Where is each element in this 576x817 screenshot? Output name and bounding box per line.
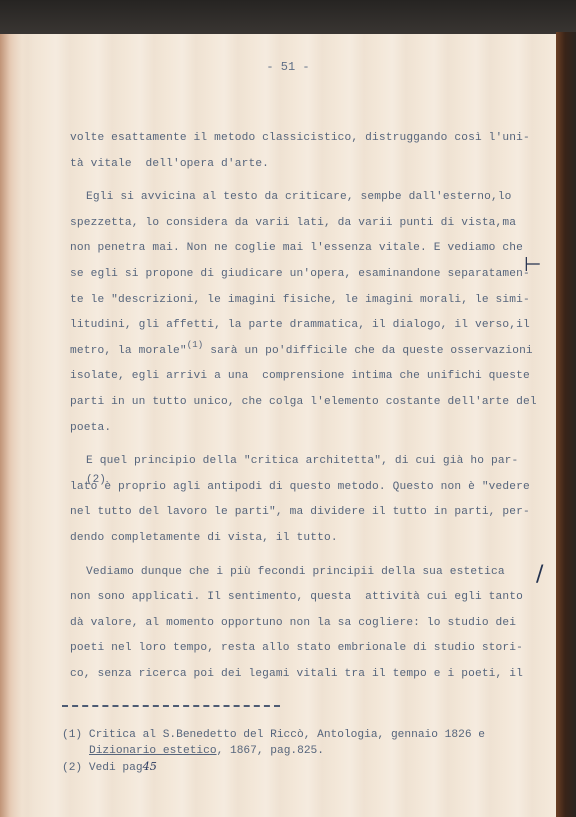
footnotes: (1) Critica al S.Benedetto del Riccò, An… [62,727,522,775]
margin-mark-icon: / [536,562,543,587]
text-line: Egli si avvicina al testo da criticare, … [70,185,530,211]
text-line: parti in un tutto unico, che colga l'ele… [70,390,530,416]
footnote-1: (1) Critica al S.Benedetto del Riccò, An… [62,727,522,743]
footnote-title: Dizionario estetico [89,745,217,757]
text-segment: sarà un po'difficile che da queste osser… [203,345,532,357]
page-number: - 51 - [0,60,576,74]
text-line: non penetra mai. Non ne coglie mai l'ess… [70,236,530,262]
text-line: volte esattamente il metodo classicistic… [70,126,530,152]
footnote-text: , 1867, pag.825. [217,745,324,757]
text-line: lato è proprio agli antipodi di questo m… [70,475,530,501]
footnote-text: (2) Vedi pag [62,762,143,774]
text-line: non sono applicati. Il sentimento, quest… [70,585,530,611]
text-line: dà valore, al momento opportuno non la s… [70,611,530,637]
text-line: E quel principio della "critica architet… [70,449,530,475]
text-line: te le "descrizioni, le imagini fisiche, … [70,288,530,314]
text-line: litudini, gli affetti, la parte drammati… [70,313,530,339]
scanner-background-top [0,0,576,36]
text-line: poeta. [70,416,530,442]
text-line: Vediamo dunque che i più fecondi princip… [70,560,530,586]
handwritten-page-number: 45 [143,760,157,773]
text-line: dendo completamente di vista, il tutto. [70,526,530,552]
text-line: co, senza ricerca poi dei legami vitali … [70,662,530,688]
text-line: poeti nel loro tempo, resta allo stato e… [70,636,530,662]
text-line: se egli si propone di giudicare un'opera… [70,262,530,288]
footnote-separator [62,705,280,707]
footnote-ref-2: (2) [86,474,106,486]
book-edge [556,32,576,817]
footnote-2: (2) Vedi pag45 [62,759,522,775]
text-line: spezzetta, lo considera da varii lati, d… [70,211,530,237]
footnote-1-continued: Dizionario estetico, 1867, pag.825. [62,743,522,759]
margin-mark-icon: ⊢ [524,252,541,276]
body-text: volte esattamente il metodo classicistic… [70,126,530,687]
text-line: nel tutto del lavoro le parti", ma divid… [70,500,530,526]
text-line: metro, la morale"(1) sarà un po'difficil… [70,339,530,365]
text-line: tà vitale dell'opera d'arte. [70,152,530,178]
text-segment: metro, la morale" [70,345,187,357]
footnote-ref-1: (1) [187,340,204,350]
text-line: isolate, egli arrivi a una comprensione … [70,364,530,390]
